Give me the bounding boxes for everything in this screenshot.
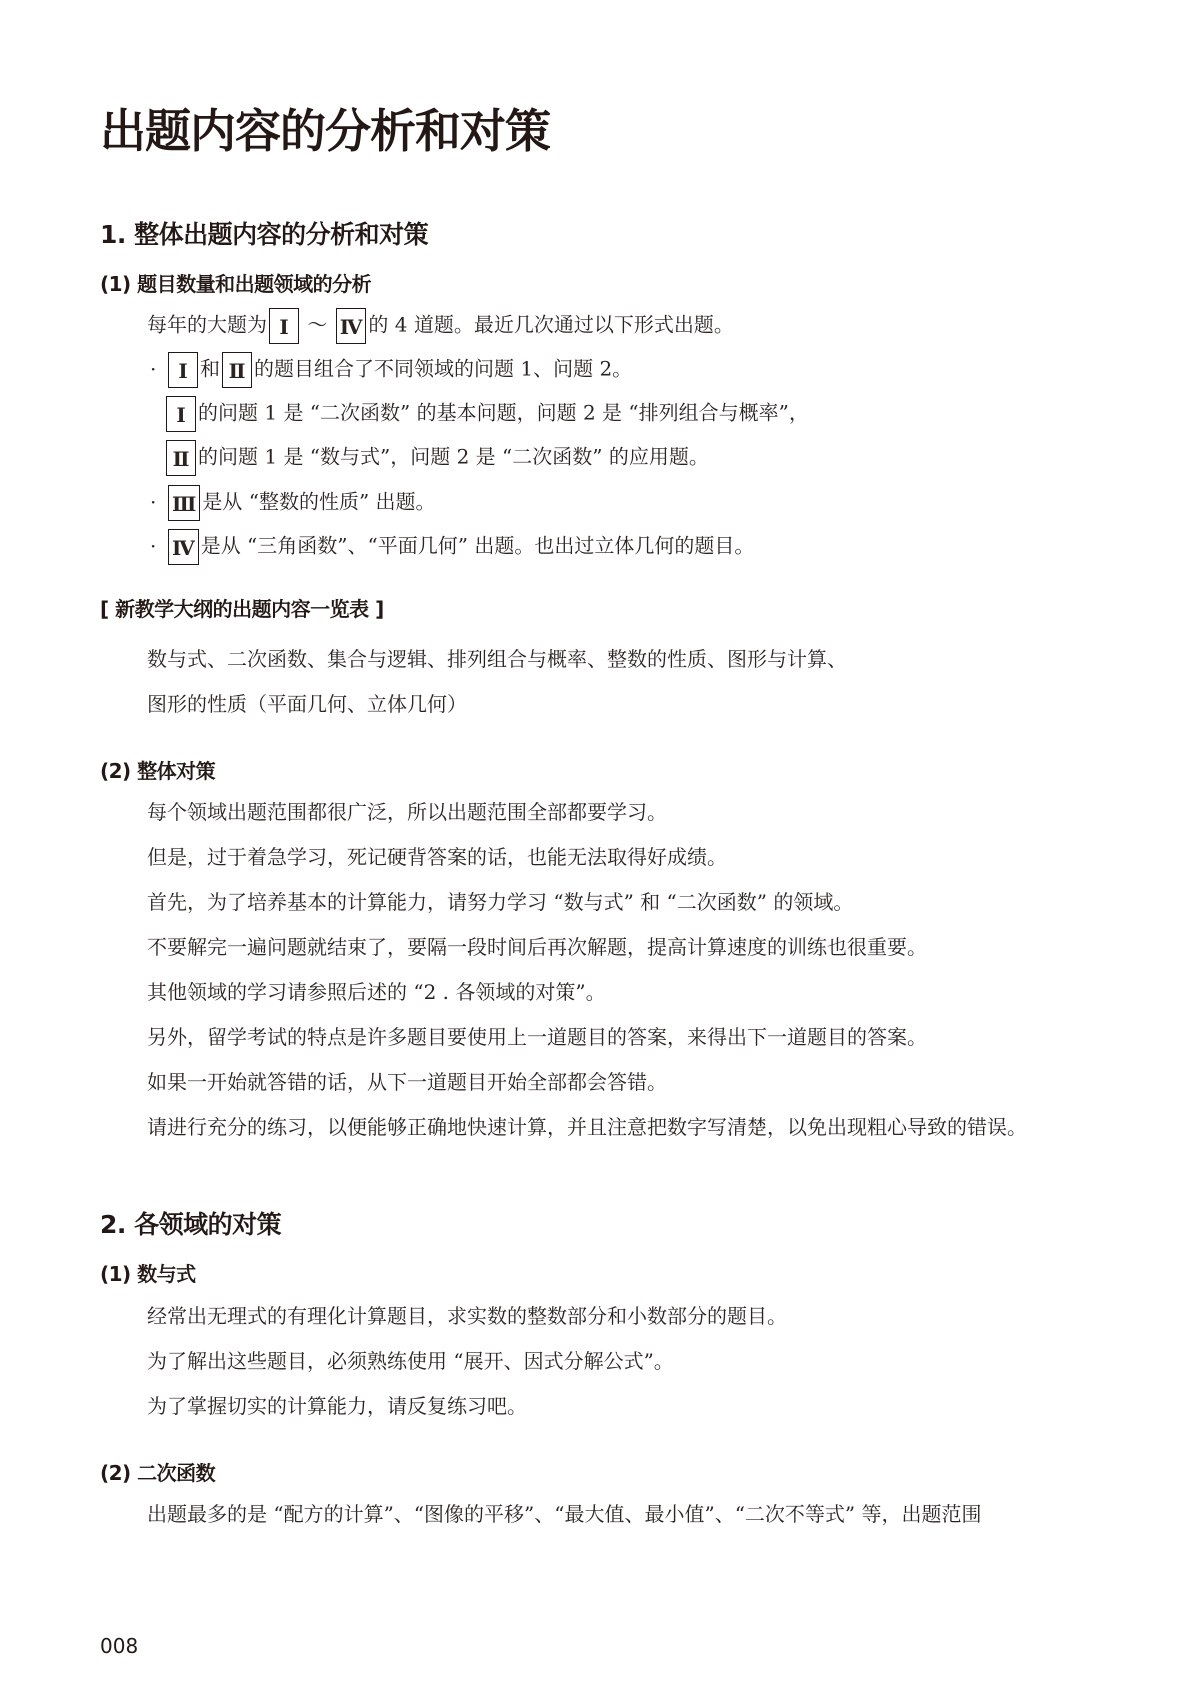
- page-title: 出题内容的分析和对策: [100, 95, 550, 161]
- section-1-heading: 1. 整体出题内容的分析和对策: [100, 215, 428, 251]
- syllabus-line: 图形的性质（平面几何、立体几何）: [147, 690, 467, 718]
- bullet-text: 是从 “三角函数”、“平面几何” 出题。也出过立体几何的题目。: [201, 534, 755, 558]
- bullet-item: ·Ⅳ是从 “三角函数”、“平面几何” 出题。也出过立体几何的题目。: [150, 529, 754, 565]
- paragraph-line: 但是，过于着急学习，死记硬背答案的话，也能无法取得好成绩。: [147, 843, 727, 871]
- bullet-dot: ·: [150, 355, 166, 383]
- paragraph-line: 其他领域的学习请参照后述的 “2 . 各领域的对策”。: [147, 978, 606, 1006]
- paragraph-line: 每个领域出题范围都很广泛，所以出题范围全部都要学习。: [147, 798, 667, 826]
- bullet-text: 的题目组合了不同领域的问题 1、问题 2。: [254, 357, 632, 381]
- roman-box: Ⅰ: [168, 352, 198, 388]
- roman-box: Ⅳ: [336, 308, 367, 344]
- section-1-sub-2-heading: (2) 整体对策: [100, 755, 215, 784]
- intro-line: 每年的大题为Ⅰ ～ Ⅳ的 4 道题。最近几次通过以下形式出题。: [147, 308, 734, 344]
- bullet-mid: 和: [200, 357, 220, 381]
- intro-post: 的 4 道题。最近几次通过以下形式出题。: [368, 313, 733, 337]
- paragraph-line: 经常出无理式的有理化计算题目，求实数的整数部分和小数部分的题目。: [147, 1302, 787, 1330]
- paragraph-line: 出题最多的是 “配方的计算”、“图像的平移”、“最大值、最小值”、“二次不等式”…: [147, 1500, 982, 1528]
- roman-box: Ⅲ: [168, 485, 200, 521]
- bullet-text: 的问题 1 是 “二次函数” 的基本问题，问题 2 是 “排列组合与概率”，: [198, 401, 809, 425]
- paragraph-line: 如果一开始就答错的话，从下一道题目开始全部都会答错。: [147, 1068, 667, 1096]
- roman-box: Ⅰ: [269, 308, 299, 344]
- bullet-text: 的问题 1 是 “数与式”，问题 2 是 “二次函数” 的应用题。: [198, 445, 709, 469]
- paragraph-line: 另外，留学考试的特点是许多题目要使用上一道题目的答案，来得出下一道题目的答案。: [147, 1023, 927, 1051]
- section-1-sub-1-heading: (1) 题目数量和出题领域的分析: [100, 268, 371, 297]
- roman-box: Ⅱ: [166, 440, 196, 476]
- roman-box: Ⅱ: [222, 352, 252, 388]
- tilde: ～: [307, 313, 327, 337]
- paragraph-line: 为了解出这些题目，必须熟练使用 “展开、因式分解公式”。: [147, 1347, 674, 1375]
- bullet-item: ·Ⅰ和Ⅱ的题目组合了不同领域的问题 1、问题 2。: [150, 352, 632, 388]
- roman-box: Ⅳ: [168, 529, 199, 565]
- paragraph-line: 请进行充分的练习，以便能够正确地快速计算，并且注意把数字写清楚，以免出现粗心导致…: [147, 1113, 1027, 1141]
- section-2-heading: 2. 各领域的对策: [100, 1205, 281, 1241]
- bullet-item: Ⅰ的问题 1 是 “二次函数” 的基本问题，问题 2 是 “排列组合与概率”，: [150, 396, 809, 432]
- syllabus-heading: [ 新教学大纲的出题内容一览表 ]: [100, 593, 384, 622]
- syllabus-line: 数与式、二次函数、集合与逻辑、排列组合与概率、整数的性质、图形与计算、: [147, 645, 847, 673]
- section-2-sub-2-heading: (2) 二次函数: [100, 1457, 215, 1486]
- bullet-dot: ·: [150, 532, 166, 560]
- bullet-item: Ⅱ的问题 1 是 “数与式”，问题 2 是 “二次函数” 的应用题。: [150, 440, 709, 476]
- paragraph-line: 不要解完一遍问题就结束了，要隔一段时间后再次解题，提高计算速度的训练也很重要。: [147, 933, 927, 961]
- bullet-dot: ·: [150, 488, 166, 516]
- paragraph-line: 为了掌握切实的计算能力，请反复练习吧。: [147, 1392, 527, 1420]
- section-2-sub-1-heading: (1) 数与式: [100, 1258, 196, 1287]
- bullet-text: 是从 “整数的性质” 出题。: [202, 490, 435, 514]
- intro-pre: 每年的大题为: [147, 313, 267, 337]
- roman-box: Ⅰ: [166, 396, 196, 432]
- bullet-item: ·Ⅲ是从 “整数的性质” 出题。: [150, 485, 436, 521]
- paragraph-line: 首先，为了培养基本的计算能力，请努力学习 “数与式” 和 “二次函数” 的领域。: [147, 888, 853, 916]
- page-number: 008: [100, 1634, 138, 1658]
